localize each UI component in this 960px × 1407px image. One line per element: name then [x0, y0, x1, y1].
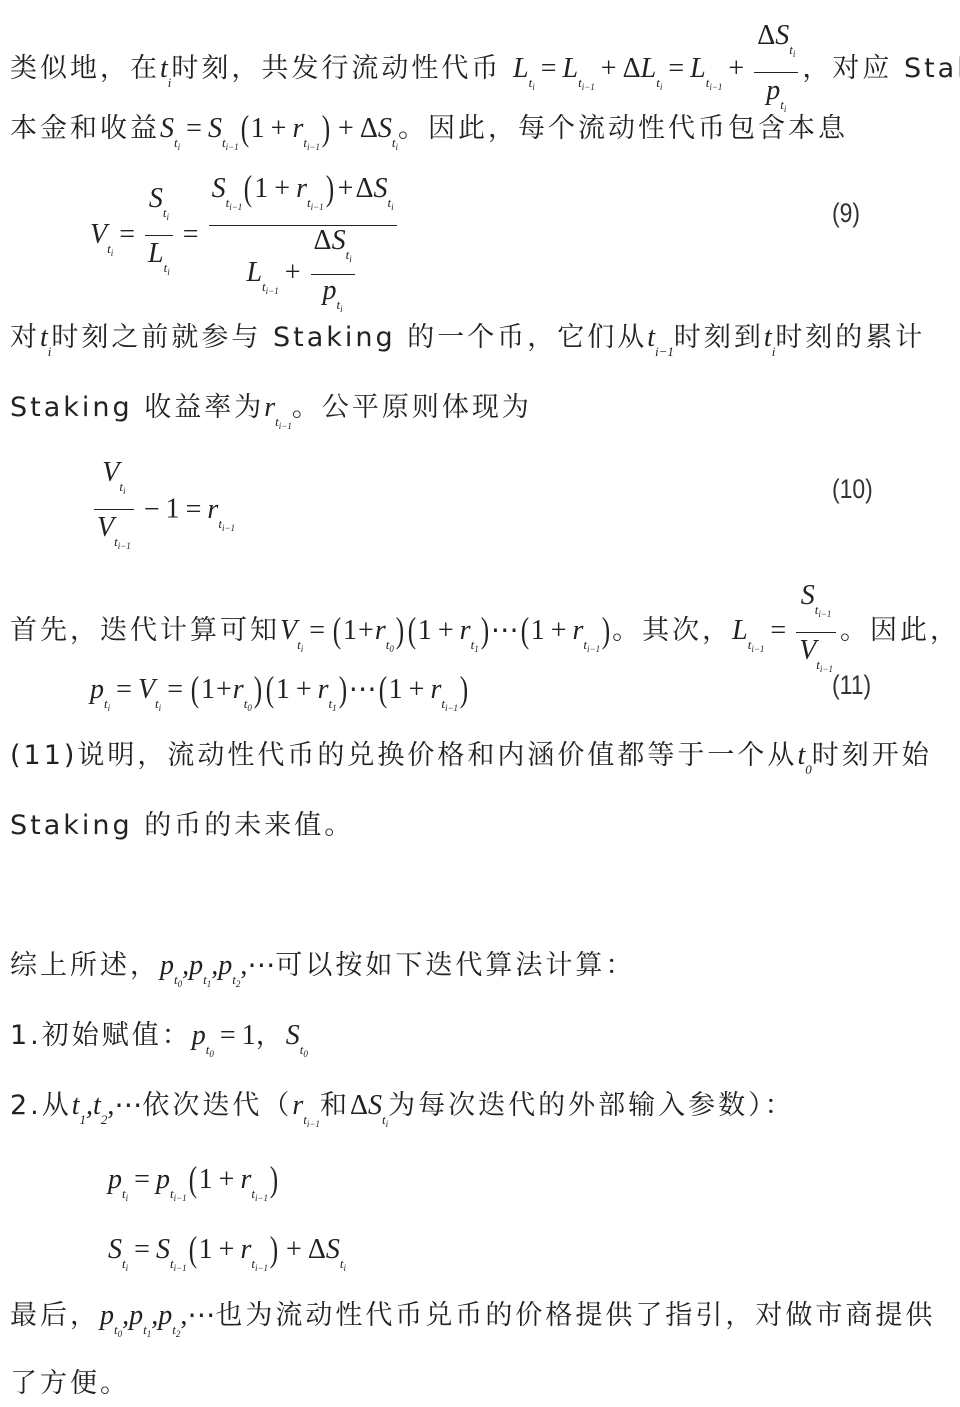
text: 依次迭代（: [142, 1090, 292, 1121]
text: ，: [256, 1020, 286, 1051]
iteration-equation-S: Sti=Sti−1(1+rti−1)+ΔSti: [108, 1228, 346, 1273]
text: 时刻之前就参与 Staking 的一个币，它们从: [51, 322, 647, 353]
text: 2.从: [10, 1090, 72, 1121]
text: 综上所述，: [10, 950, 160, 981]
text: 时刻到: [674, 322, 764, 353]
math-S-t0: St0: [286, 1020, 308, 1051]
math-p-sequence: pt0,pt1,pt2,⋯: [100, 1300, 215, 1331]
text: 。其次，: [612, 615, 732, 646]
text: 和: [320, 1090, 350, 1121]
text: (11)说明，流动性代币的兑换价格和内涵价值都等于一个从: [10, 740, 797, 771]
math-t-i: ti: [764, 322, 775, 353]
text: 时刻的累计: [775, 322, 925, 353]
text: 时刻开始: [812, 740, 932, 771]
paragraph-6: (11)说明，流动性代币的兑换价格和内涵价值都等于一个从t0时刻开始: [10, 736, 932, 790]
text: 。公平原则体现为: [292, 392, 532, 423]
text: Staking 收益率为: [10, 392, 264, 423]
equation-number-9: (9): [832, 198, 860, 229]
math-S-recurrence: Sti=Sti−1(1+rti−1)+ΔSti: [160, 113, 398, 144]
math-p-t0-init: pt0=1: [192, 1020, 256, 1051]
math-t-0: t0: [797, 740, 811, 771]
math-V-product: Vti=(1+rt0)(1+rt1)⋯(1+rti−1): [280, 615, 612, 646]
text: 时刻，共发行流动性代币: [171, 53, 501, 84]
text: 首先，迭代计算可知: [10, 615, 280, 646]
text: 类似地，在: [10, 53, 160, 84]
text: 也为流动性代币兑币的价格提供了指引，对做市商提供: [215, 1300, 935, 1331]
paragraph-3: 对ti时刻之前就参与 Staking 的一个币，它们从ti−1时刻到ti时刻的累…: [10, 318, 925, 372]
equation-number-11: (11): [832, 670, 871, 701]
equation-11: pti=Vti=(1+rt0)(1+rt1)⋯(1+rti−1): [90, 668, 470, 713]
equation-number-10: (10): [832, 474, 873, 505]
text: 了方便。: [10, 1368, 130, 1399]
paragraph-12: 了方便。: [10, 1364, 130, 1404]
iteration-equation-p: pti=pti−1(1+rti−1): [108, 1158, 280, 1203]
math-t-sequence: t1,t2,⋯: [72, 1090, 143, 1121]
paragraph-2: 本金和收益Sti=Sti−1(1+rti−1)+ΔSti。因此，每个流动性代币包…: [10, 108, 848, 167]
text: 1.初始赋值：: [10, 1020, 192, 1051]
equation-10: VtiVti−1−1=rti−1: [90, 455, 235, 564]
paragraph-11: 最后，pt0,pt1,pt2,⋯也为流动性代币兑币的价格提供了指引，对做市商提供: [10, 1296, 935, 1354]
text: 最后，: [10, 1300, 100, 1331]
paragraph-9: 1.初始赋值：pt0=1，St0: [10, 1016, 308, 1074]
math-p-sequence: pt0,pt1,pt2,⋯: [160, 950, 275, 981]
paragraph-8: 综上所述，pt0,pt1,pt2,⋯可以按如下迭代算法计算：: [10, 946, 635, 1004]
text: 可以按如下迭代算法计算：: [275, 950, 635, 981]
text: 。因此，每个流动性代币包含本息: [398, 113, 848, 144]
text: 对: [10, 322, 40, 353]
text: ，对应 Staking: [802, 53, 960, 84]
text: 为每次迭代的外部输入参数）：: [388, 1090, 795, 1121]
text: Staking 的币的未来值。: [10, 810, 354, 841]
math-L-ratio: Lti−1=Sti−1Vti−1: [732, 615, 840, 646]
math-delta-S-t-i: ΔSti: [350, 1090, 388, 1121]
paragraph-4: Staking 收益率为rti−1。公平原则体现为: [10, 388, 532, 446]
paragraph-7: Staking 的币的未来值。: [10, 806, 354, 846]
equation-9: Vti=StiLti=Sti−1(1+rti−1)+ΔStiLti−1+ΔSti…: [90, 170, 401, 325]
text: 。因此，: [840, 615, 960, 646]
text: 本金和收益: [10, 113, 160, 144]
paragraph-10: 2.从t1,t2,⋯依次迭代（rti−1和ΔSti为每次迭代的外部输入参数）：: [10, 1086, 795, 1144]
math-t-i: ti: [160, 53, 171, 84]
math-t-i: ti: [40, 322, 51, 353]
math-r-t-i-minus-1: rti−1: [264, 392, 292, 423]
math-L-expression: Lti=Lti−1+ΔLti=Lti−1+ΔStipti: [513, 53, 802, 84]
math-r-t-i-minus-1: rti−1: [292, 1090, 320, 1121]
math-t-i-minus-1: ti−1: [647, 322, 674, 353]
